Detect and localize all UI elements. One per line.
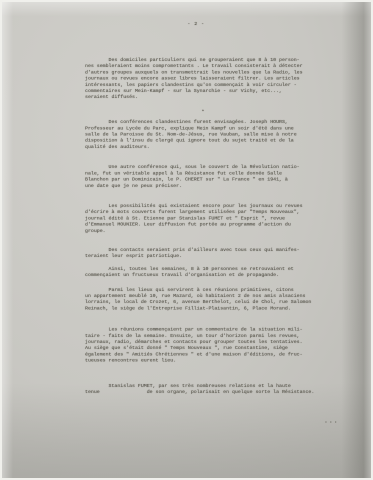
continuation-dots: ... [324, 417, 339, 425]
page-number: - 2 - [156, 21, 236, 27]
document-text: Des domiciles particuliers qui ne groupe… [85, 55, 321, 395]
paragraph: Les possibilités qui existaient encore p… [85, 203, 321, 234]
paragraph: Une autre conférence qui, sous le couver… [85, 164, 321, 189]
paragraph: Ainsi, toutes les semaines, 8 à 10 perso… [85, 266, 321, 278]
paragraph: Des conférences clandestines furent envi… [85, 119, 321, 150]
paragraph: Stanislas FUMET, par ses très nombreuses… [85, 383, 321, 395]
paragraph: Des domiciles particuliers qui ne groupe… [85, 57, 321, 100]
paragraph: Les réunions commençaient par un comment… [85, 327, 321, 364]
paragraph: Des contacts seraient pris d'ailleurs av… [85, 247, 321, 259]
paragraph: Parmi les lieux qui servirent à ces réun… [85, 287, 321, 312]
separator-mark: * [85, 109, 321, 115]
page-content: - 2 - Des domiciles particuliers qui ne … [0, 0, 373, 480]
